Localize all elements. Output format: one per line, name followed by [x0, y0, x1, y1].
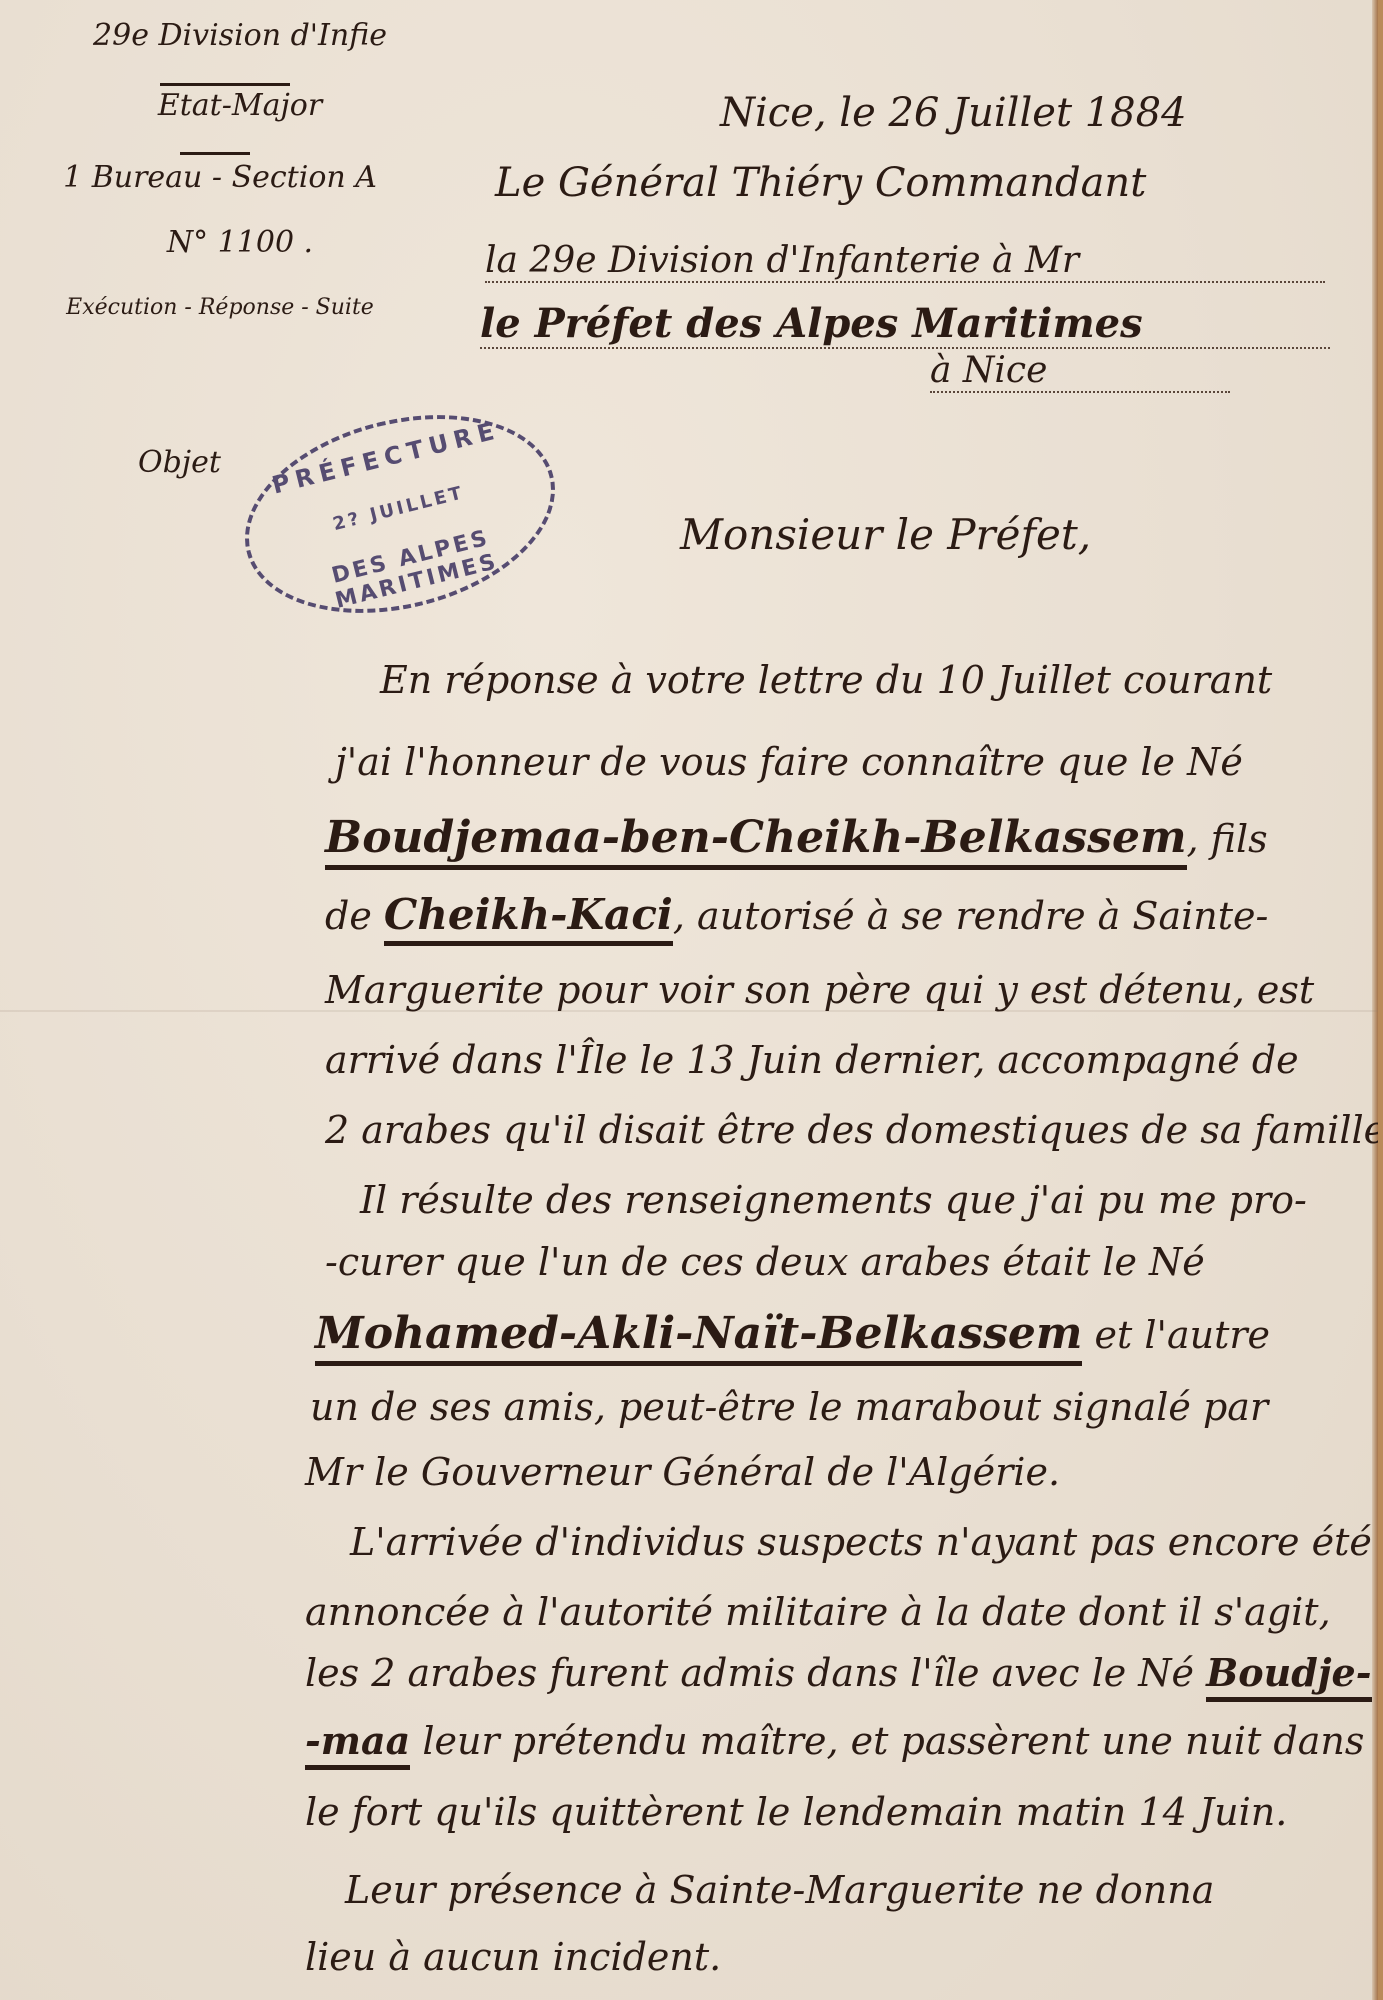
- place-date: Nice, le 26 Juillet 1884: [720, 90, 1187, 136]
- body-line-4-pre: de: [325, 894, 384, 938]
- salutation: Monsieur le Préfet,: [680, 510, 1091, 559]
- body-line-4-post: , autorisé à se rendre à Sainte-: [673, 894, 1268, 938]
- person-name-maa: -maa: [305, 1718, 410, 1770]
- body-line-17: le fort qu'ils quittèrent le lendemain m…: [305, 1790, 1287, 1834]
- prefecture-stamp: PRÉFECTURE 2? JUILLET DES ALPES MARITIME…: [224, 385, 576, 644]
- bureau-label: 1 Bureau - Section A: [20, 160, 420, 195]
- body-line-1: En réponse à votre lettre du 10 Juillet …: [380, 658, 1272, 702]
- etat-major-label: Etat-Major: [60, 88, 420, 123]
- body-line-2: j'ai l'honneur de vous faire connaître q…: [335, 740, 1243, 784]
- body-line-10-post: et l'autre: [1082, 1313, 1270, 1357]
- body-line-14: annoncée à l'autorité militaire à la dat…: [305, 1590, 1331, 1634]
- sender-line-2: la 29e Division d'Infanterie à Mr: [485, 240, 1325, 283]
- person-name-boudjemaa: Boudjemaa-ben-Cheikh-Belkassem: [325, 812, 1187, 870]
- letter-page: 29e Division d'Infie Etat-Major 1 Bureau…: [0, 0, 1378, 2000]
- body-line-3: Boudjemaa-ben-Cheikh-Belkassem, fils: [325, 812, 1268, 863]
- person-name-boudjemaa-short: Boudje-: [1206, 1650, 1371, 1702]
- body-line-12: Mr le Gouverneur Général de l'Algérie.: [305, 1450, 1060, 1494]
- body-line-18: Leur présence à Sainte-Marguerite ne don…: [345, 1868, 1214, 1912]
- body-line-8: Il résulte des renseignements que j'ai p…: [360, 1178, 1307, 1222]
- body-line-15: les 2 arabes furent admis dans l'île ave…: [305, 1650, 1372, 1695]
- body-line-4: de Cheikh-Kaci, autorisé à se rendre à S…: [325, 890, 1268, 939]
- reference-number: N° 1100 .: [60, 225, 420, 260]
- recipient: le Préfet des Alpes Maritimes: [480, 300, 1330, 349]
- body-line-11: un de ses amis, peut-être le marabout si…: [310, 1385, 1268, 1429]
- person-name-mohamed-akli: Mohamed-Akli-Naït-Belkassem: [315, 1308, 1082, 1366]
- body-line-7: 2 arabes qu'il disait être des domestiqu…: [325, 1108, 1378, 1152]
- sender-line-1: Le Général Thiéry Commandant: [495, 160, 1146, 206]
- body-line-13: L'arrivée d'individus suspects n'ayant p…: [350, 1520, 1372, 1564]
- division-header: 29e Division d'Infie: [60, 18, 420, 53]
- body-line-3-post: , fils: [1187, 817, 1268, 861]
- body-line-6: arrivé dans l'Île le 13 Juin dernier, ac…: [325, 1038, 1299, 1082]
- body-line-19: lieu à aucun incident.: [305, 1935, 721, 1979]
- body-line-15-pre: les 2 arabes furent admis dans l'île ave…: [305, 1651, 1206, 1695]
- body-line-10: Mohamed-Akli-Naït-Belkassem et l'autre: [315, 1308, 1270, 1359]
- body-line-5: Marguerite pour voir son père qui y est …: [325, 968, 1314, 1012]
- body-line-16: -maa leur prétendu maître, et passèrent …: [305, 1718, 1364, 1763]
- body-line-9: -curer que l'un de ces deux arabes était…: [325, 1240, 1205, 1284]
- paper-edge: [1372, 0, 1378, 2000]
- header-rule-2: [180, 152, 250, 155]
- objet-label: Objet: [138, 445, 221, 480]
- recipient-place: à Nice: [930, 350, 1230, 393]
- body-line-16-post: leur prétendu maître, et passèrent une n…: [410, 1719, 1364, 1763]
- action-types: Exécution - Réponse - Suite: [20, 295, 420, 320]
- person-name-cheikh-kaci: Cheikh-Kaci: [384, 890, 673, 946]
- header-rule-1: [160, 83, 290, 86]
